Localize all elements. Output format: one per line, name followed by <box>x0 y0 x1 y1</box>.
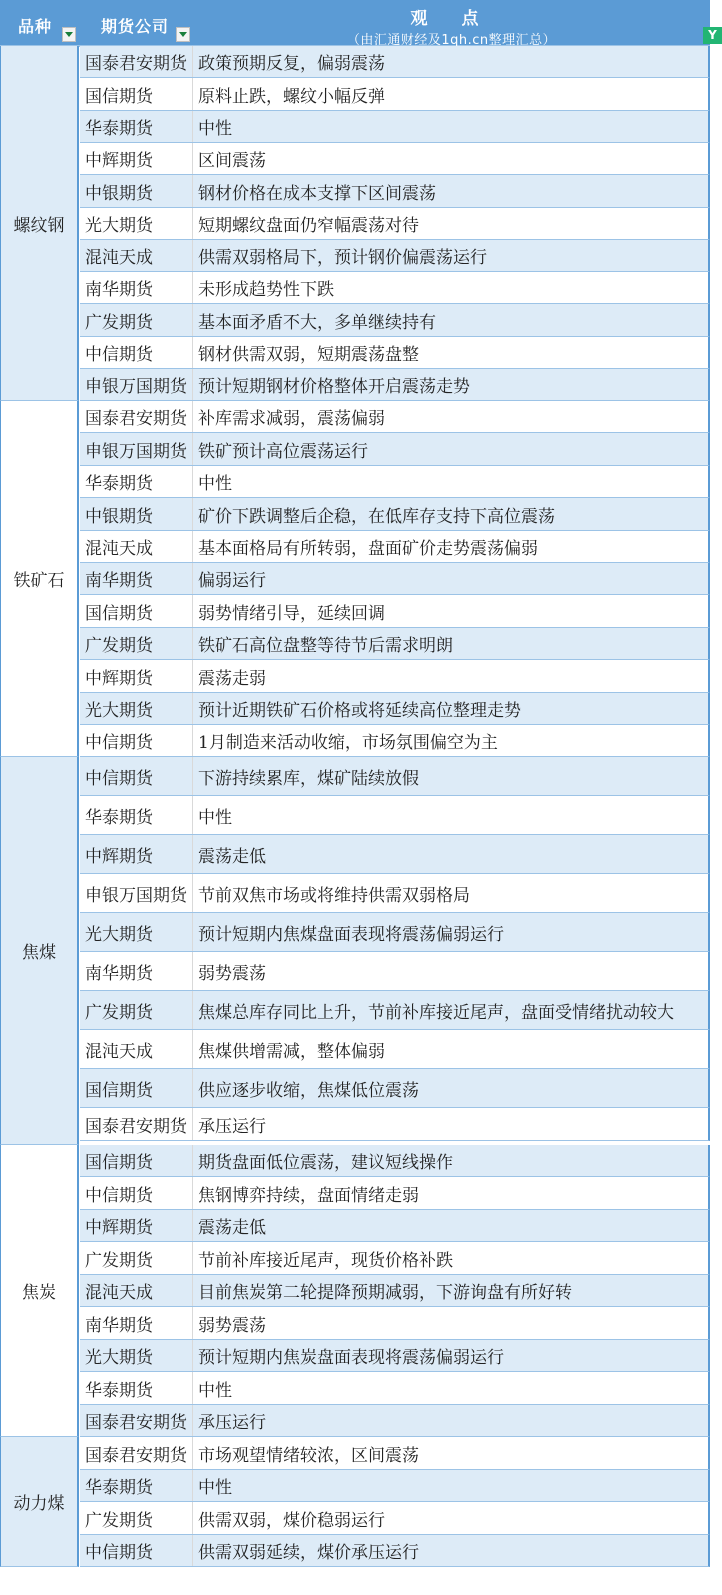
table-row: 中银期货矿价下跌调整后企稳，在低库存支持下高位震荡 <box>80 498 710 531</box>
company-cell[interactable]: 国泰君安期货 <box>80 1108 193 1140</box>
company-cell[interactable]: 中辉期货 <box>80 143 193 174</box>
view-cell[interactable]: 节前补库接近尾声，现货价格补跌 <box>193 1242 708 1274</box>
view-cell[interactable]: 焦煤总库存同比上升，节前补库接近尾声，盘面受情绪扰动较大 <box>193 991 708 1029</box>
company-cell[interactable]: 南华期货 <box>80 272 193 303</box>
view-cell[interactable]: 焦钢博弈持续，盘面情绪走弱 <box>193 1177 708 1209</box>
table-row: 中信期货钢材供需双弱，短期震荡盘整 <box>80 337 710 369</box>
table-row: 混沌天成供需双弱格局下，预计钢价偏震荡运行 <box>80 240 710 272</box>
variety-cell: 动力煤 <box>0 1437 79 1567</box>
company-cell[interactable]: 国信期货 <box>80 595 193 627</box>
company-cell[interactable]: 中信期货 <box>80 1535 193 1566</box>
table-row: 广发期货焦煤总库存同比上升，节前补库接近尾声，盘面受情绪扰动较大 <box>80 991 710 1030</box>
table-row: 国泰君安期货承压运行 <box>80 1405 710 1437</box>
table-row: 光大期货短期螺纹盘面仍窄幅震荡对待 <box>80 208 710 240</box>
variety-cell: 铁矿石 <box>0 401 79 757</box>
company-cell[interactable]: 光大期货 <box>80 913 193 951</box>
view-cell[interactable]: 震荡走低 <box>193 1210 708 1241</box>
company-cell[interactable]: 中信期货 <box>80 725 193 756</box>
company-cell[interactable]: 广发期货 <box>80 1502 193 1534</box>
company-cell[interactable]: 南华期货 <box>80 952 193 990</box>
company-cell[interactable]: 国泰君安期货 <box>80 46 193 77</box>
table-row: 广发期货节前补库接近尾声，现货价格补跌 <box>80 1242 710 1275</box>
table-row: 混沌天成焦煤供增需减，整体偏弱 <box>80 1030 710 1069</box>
view-cell[interactable]: 市场观望情绪较浓，区间震荡 <box>193 1437 708 1469</box>
view-cell[interactable]: 原料止跌，螺纹小幅反弹 <box>193 78 708 110</box>
company-cell[interactable]: 国泰君安期货 <box>80 1405 193 1436</box>
table-row: 广发期货供需双弱，煤价稳弱运行 <box>80 1502 710 1535</box>
view-cell[interactable]: 下游持续累库，煤矿陆续放假 <box>193 757 708 795</box>
table-row: 南华期货弱势震荡 <box>80 952 710 991</box>
company-cell[interactable]: 申银万国期货 <box>80 433 193 465</box>
table-row: 光大期货预计短期内焦炭盘面表现将震荡偏弱运行 <box>80 1340 710 1372</box>
company-cell[interactable]: 广发期货 <box>80 628 193 659</box>
table-row: 国信期货期货盘面低位震荡，建议短线操作 <box>80 1145 710 1177</box>
company-cell[interactable]: 光大期货 <box>80 1340 193 1371</box>
view-cell[interactable]: 供应逐步收缩，焦煤低位震荡 <box>193 1069 708 1107</box>
futures-views-table: 品种 期货公司 观 点 （由汇通财经及1qh.cn整理汇总） Y 螺纹钢 铁矿石… <box>0 0 710 47</box>
filter-icon[interactable]: Y <box>703 27 722 44</box>
view-cell[interactable]: 铁矿石高位盘整等待节后需求明朗 <box>193 628 708 659</box>
company-cell[interactable]: 华泰期货 <box>80 796 193 834</box>
table-row: 光大期货预计近期铁矿石价格或将延续高位整理走势 <box>80 693 710 725</box>
table-row: 南华期货未形成趋势性下跌 <box>80 272 710 304</box>
header-view-title: 观 点 <box>193 4 710 29</box>
table-row: 申银万国期货预计短期钢材价格整体开启震荡走势 <box>80 369 710 401</box>
company-cell[interactable]: 国信期货 <box>80 1069 193 1107</box>
table-row: 国泰君安期货补库需求减弱，震荡偏弱 <box>80 401 710 433</box>
table-row: 华泰期货中性 <box>80 796 710 835</box>
company-cell[interactable]: 中信期货 <box>80 337 193 368</box>
table-row: 中信期货1月制造来活动收缩，市场氛围偏空为主 <box>80 725 710 757</box>
table-row: 国信期货原料止跌，螺纹小幅反弹 <box>80 78 710 111</box>
view-cell[interactable]: 震荡走低 <box>193 835 708 873</box>
company-cell[interactable]: 混沌天成 <box>80 1275 193 1306</box>
company-cell[interactable]: 华泰期货 <box>80 1470 193 1501</box>
company-filter-dropdown-icon[interactable] <box>176 27 190 42</box>
table-row: 南华期货偏弱运行 <box>80 563 710 595</box>
table-row: 中辉期货震荡走弱 <box>80 660 710 693</box>
view-cell[interactable]: 承压运行 <box>193 1108 708 1140</box>
company-cell[interactable]: 广发期货 <box>80 1242 193 1274</box>
company-cell[interactable]: 混沌天成 <box>80 531 193 562</box>
variety-filter-dropdown-icon[interactable] <box>62 27 76 42</box>
header-variety: 品种 <box>18 14 52 37</box>
company-cell[interactable]: 中信期货 <box>80 1177 193 1209</box>
table-row: 光大期货预计短期内焦煤盘面表现将震荡偏弱运行 <box>80 913 710 952</box>
company-cell[interactable]: 广发期货 <box>80 991 193 1029</box>
view-cell[interactable]: 弱势震荡 <box>193 952 708 990</box>
table-row: 华泰期货中性 <box>80 1372 710 1405</box>
company-cell[interactable]: 国信期货 <box>80 78 193 110</box>
company-cell[interactable]: 南华期货 <box>80 563 193 594</box>
table-row: 中辉期货区间震荡 <box>80 143 710 175</box>
view-cell[interactable]: 预计近期铁矿石价格或将延续高位整理走势 <box>193 693 708 724</box>
variety-cell: 焦煤 <box>0 757 79 1145</box>
company-cell[interactable]: 华泰期货 <box>80 466 193 497</box>
view-cell[interactable]: 供需双弱，煤价稳弱运行 <box>193 1502 708 1534</box>
company-cell[interactable]: 申银万国期货 <box>80 874 193 912</box>
table-row: 中信期货供需双弱延续，煤价承压运行 <box>80 1535 710 1567</box>
view-cell[interactable]: 钢材价格在成本支撑下区间震荡 <box>193 175 708 207</box>
company-cell[interactable]: 申银万国期货 <box>80 369 193 400</box>
view-cell[interactable]: 短期螺纹盘面仍窄幅震荡对待 <box>193 208 708 239</box>
header-company: 期货公司 <box>101 14 169 37</box>
table-row: 国信期货供应逐步收缩，焦煤低位震荡 <box>80 1069 710 1108</box>
table-row: 华泰期货中性 <box>80 1470 710 1502</box>
view-cell[interactable]: 焦煤供增需减，整体偏弱 <box>193 1030 708 1068</box>
table-row: 中银期货钢材价格在成本支撑下区间震荡 <box>80 175 710 208</box>
view-cell[interactable]: 政策预期反复，偏弱震荡 <box>193 46 708 77</box>
table-row: 中信期货下游持续累库，煤矿陆续放假 <box>80 757 710 796</box>
view-cell[interactable]: 承压运行 <box>193 1405 708 1436</box>
table-row: 国泰君安期货承压运行 <box>80 1108 710 1141</box>
view-cell[interactable]: 基本面格局有所转弱，盘面矿价走势震荡偏弱 <box>193 531 708 562</box>
company-cell[interactable]: 光大期货 <box>80 693 193 724</box>
view-cell[interactable]: 预计短期钢材价格整体开启震荡走势 <box>193 369 708 400</box>
view-cell[interactable]: 基本面矛盾不大，多单继续持有 <box>193 304 708 336</box>
view-cell[interactable]: 矿价下跌调整后企稳，在低库存支持下高位震荡 <box>193 498 708 530</box>
table-row: 中信期货焦钢博弈持续，盘面情绪走弱 <box>80 1177 710 1210</box>
view-cell[interactable]: 供需双弱延续，煤价承压运行 <box>193 1535 708 1566</box>
table-row: 国泰君安期货市场观望情绪较浓，区间震荡 <box>80 1437 710 1470</box>
variety-cell: 螺纹钢 <box>0 46 79 401</box>
company-cell[interactable]: 广发期货 <box>80 304 193 336</box>
table-header: 品种 期货公司 观 点 （由汇通财经及1qh.cn整理汇总） <box>0 0 710 47</box>
view-cell[interactable]: 震荡走弱 <box>193 660 708 692</box>
view-cell[interactable]: 中性 <box>193 466 708 497</box>
table-row: 混沌天成基本面格局有所转弱，盘面矿价走势震荡偏弱 <box>80 531 710 563</box>
table-row: 中辉期货震荡走低 <box>80 835 710 874</box>
company-cell[interactable]: 国信期货 <box>80 1145 193 1176</box>
view-cell[interactable]: 目前焦炭第二轮提降预期减弱，下游询盘有所好转 <box>193 1275 708 1306</box>
view-cell[interactable]: 钢材供需双弱，短期震荡盘整 <box>193 337 708 368</box>
view-cell[interactable]: 中性 <box>193 796 708 834</box>
company-cell[interactable]: 华泰期货 <box>80 1372 193 1404</box>
company-cell[interactable]: 混沌天成 <box>80 1030 193 1068</box>
view-cell[interactable]: 弱势情绪引导，延续回调 <box>193 595 708 627</box>
company-cell[interactable]: 国泰君安期货 <box>80 1437 193 1469</box>
company-cell[interactable]: 南华期货 <box>80 1307 193 1339</box>
table-row: 华泰期货中性 <box>80 111 710 143</box>
view-cell[interactable]: 1月制造来活动收缩，市场氛围偏空为主 <box>193 725 708 756</box>
company-cell[interactable]: 中辉期货 <box>80 660 193 692</box>
table-row: 申银万国期货铁矿预计高位震荡运行 <box>80 433 710 466</box>
company-cell[interactable]: 光大期货 <box>80 208 193 239</box>
view-cell[interactable]: 未形成趋势性下跌 <box>193 272 708 303</box>
company-cell[interactable]: 中银期货 <box>80 498 193 530</box>
company-cell[interactable]: 中银期货 <box>80 175 193 207</box>
company-cell[interactable]: 中辉期货 <box>80 835 193 873</box>
company-cell[interactable]: 混沌天成 <box>80 240 193 271</box>
view-cell[interactable]: 铁矿预计高位震荡运行 <box>193 433 708 465</box>
company-cell[interactable]: 中辉期货 <box>80 1210 193 1241</box>
view-cell[interactable]: 节前双焦市场或将维持供需双弱格局 <box>193 874 708 912</box>
view-cell[interactable]: 中性 <box>193 111 708 142</box>
view-cell[interactable]: 预计短期内焦煤盘面表现将震荡偏弱运行 <box>193 913 708 951</box>
company-cell[interactable]: 国泰君安期货 <box>80 401 193 432</box>
company-cell[interactable]: 华泰期货 <box>80 111 193 142</box>
variety-cell: 焦炭 <box>0 1145 79 1437</box>
table-row: 南华期货弱势震荡 <box>80 1307 710 1340</box>
table-row: 中辉期货震荡走低 <box>80 1210 710 1242</box>
table-row: 国泰君安期货政策预期反复，偏弱震荡 <box>80 46 710 78</box>
view-cell[interactable]: 中性 <box>193 1470 708 1501</box>
table-row: 申银万国期货节前双焦市场或将维持供需双弱格局 <box>80 874 710 913</box>
view-cell[interactable]: 区间震荡 <box>193 143 708 174</box>
header-view: 观 点 （由汇通财经及1qh.cn整理汇总） <box>193 4 710 48</box>
view-cell[interactable]: 中性 <box>193 1372 708 1404</box>
view-cell[interactable]: 预计短期内焦炭盘面表现将震荡偏弱运行 <box>193 1340 708 1371</box>
company-cell[interactable]: 中信期货 <box>80 757 193 795</box>
view-cell[interactable]: 弱势震荡 <box>193 1307 708 1339</box>
table-row: 广发期货基本面矛盾不大，多单继续持有 <box>80 304 710 337</box>
table-row: 广发期货铁矿石高位盘整等待节后需求明朗 <box>80 628 710 660</box>
view-cell[interactable]: 偏弱运行 <box>193 563 708 594</box>
table-row: 国信期货弱势情绪引导，延续回调 <box>80 595 710 628</box>
view-cell[interactable]: 供需双弱格局下，预计钢价偏震荡运行 <box>193 240 708 271</box>
table-row: 华泰期货中性 <box>80 466 710 498</box>
table-row: 混沌天成目前焦炭第二轮提降预期减弱，下游询盘有所好转 <box>80 1275 710 1307</box>
view-cell[interactable]: 补库需求减弱，震荡偏弱 <box>193 401 708 432</box>
view-cell[interactable]: 期货盘面低位震荡，建议短线操作 <box>193 1145 708 1176</box>
